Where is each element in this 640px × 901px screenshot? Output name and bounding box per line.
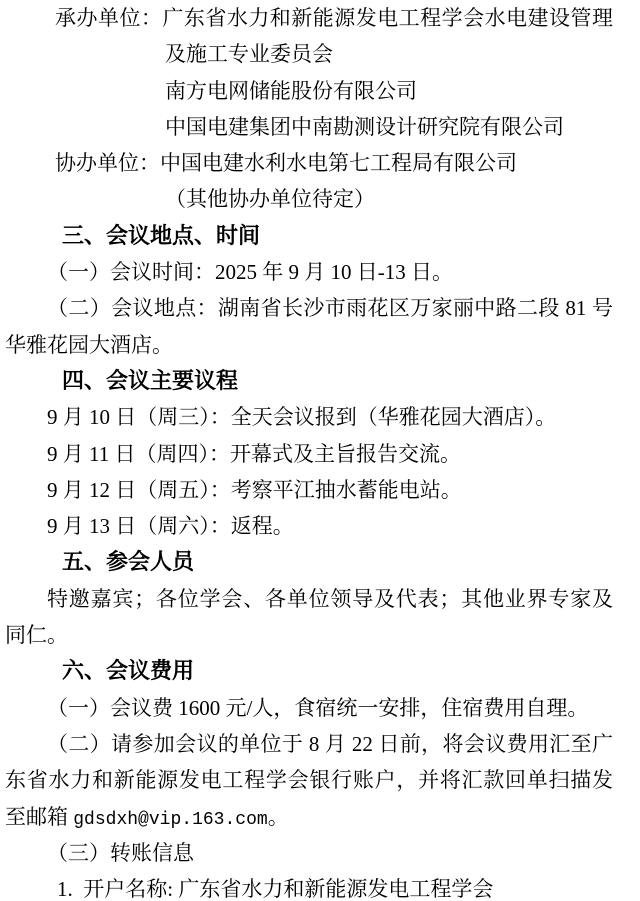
text-segment: 。 [268, 805, 289, 829]
co-organizer-line: （其他协办单位待定） [5, 181, 613, 217]
meeting-location-line: 华雅花园大酒店。 [5, 327, 613, 363]
account-name-line: 1. 开户名称: 广东省水力和新能源发电工程学会 [5, 871, 613, 901]
organizer-line: 承办单位：广东省水力和新能源发电工程学会水电建设管理 [5, 0, 613, 36]
email-text: gdsdxh@vip.163.com [73, 810, 267, 830]
organizer-line: 南方电网储能股份有限公司 [5, 73, 613, 109]
organizer-line: 中国电建集团中南勘测设计研究院有限公司 [5, 109, 613, 145]
section-heading-4: 四、会议主要议程 [5, 363, 613, 399]
meeting-location-line: （二）会议地点：湖南省长沙市雨花区万家丽中路二段 81 号 [5, 290, 613, 326]
text-segment: 至邮箱 [5, 805, 73, 829]
fee-line: （一）会议费 1600 元/人，食宿统一安排，住宿费用自理。 [5, 690, 613, 726]
fee-line: 东省水力和新能源发电工程学会银行账户，并将汇款回单扫描发 [5, 762, 613, 798]
participants-line: 特邀嘉宾；各位学会、各单位领导及代表；其他业界专家及 [5, 581, 613, 617]
co-organizer-line: 协办单位：中国电建水利水电第七工程局有限公司 [5, 145, 613, 181]
transfer-info-line: （三）转账信息 [5, 835, 613, 871]
meeting-time-line: （一）会议时间：2025 年 9 月 10 日-13 日。 [5, 254, 613, 290]
agenda-line: 9 月 13 日（周六）：返程。 [5, 508, 613, 544]
document-page: 承办单位：广东省水力和新能源发电工程学会水电建设管理及施工专业委员会南方电网储能… [5, 0, 613, 901]
fee-email-line: 至邮箱 gdsdxh@vip.163.com。 [5, 799, 613, 835]
participants-line: 同仁。 [5, 617, 613, 653]
section-heading-6: 六、会议费用 [5, 653, 613, 689]
agenda-line: 9 月 11 日（周四）：开幕式及主旨报告交流。 [5, 436, 613, 472]
agenda-line: 9 月 10 日（周三）：全天会议报到（华雅花园大酒店）。 [5, 399, 613, 435]
organizer-line: 及施工专业委员会 [5, 36, 613, 72]
fee-line: （二）请参加会议的单位于 8 月 22 日前，将会议费用汇至广 [5, 726, 613, 762]
section-heading-3: 三、会议地点、时间 [5, 218, 613, 254]
section-heading-5: 五、参会人员 [5, 544, 613, 580]
agenda-line: 9 月 12 日（周五）：考察平江抽水蓄能电站。 [5, 472, 613, 508]
